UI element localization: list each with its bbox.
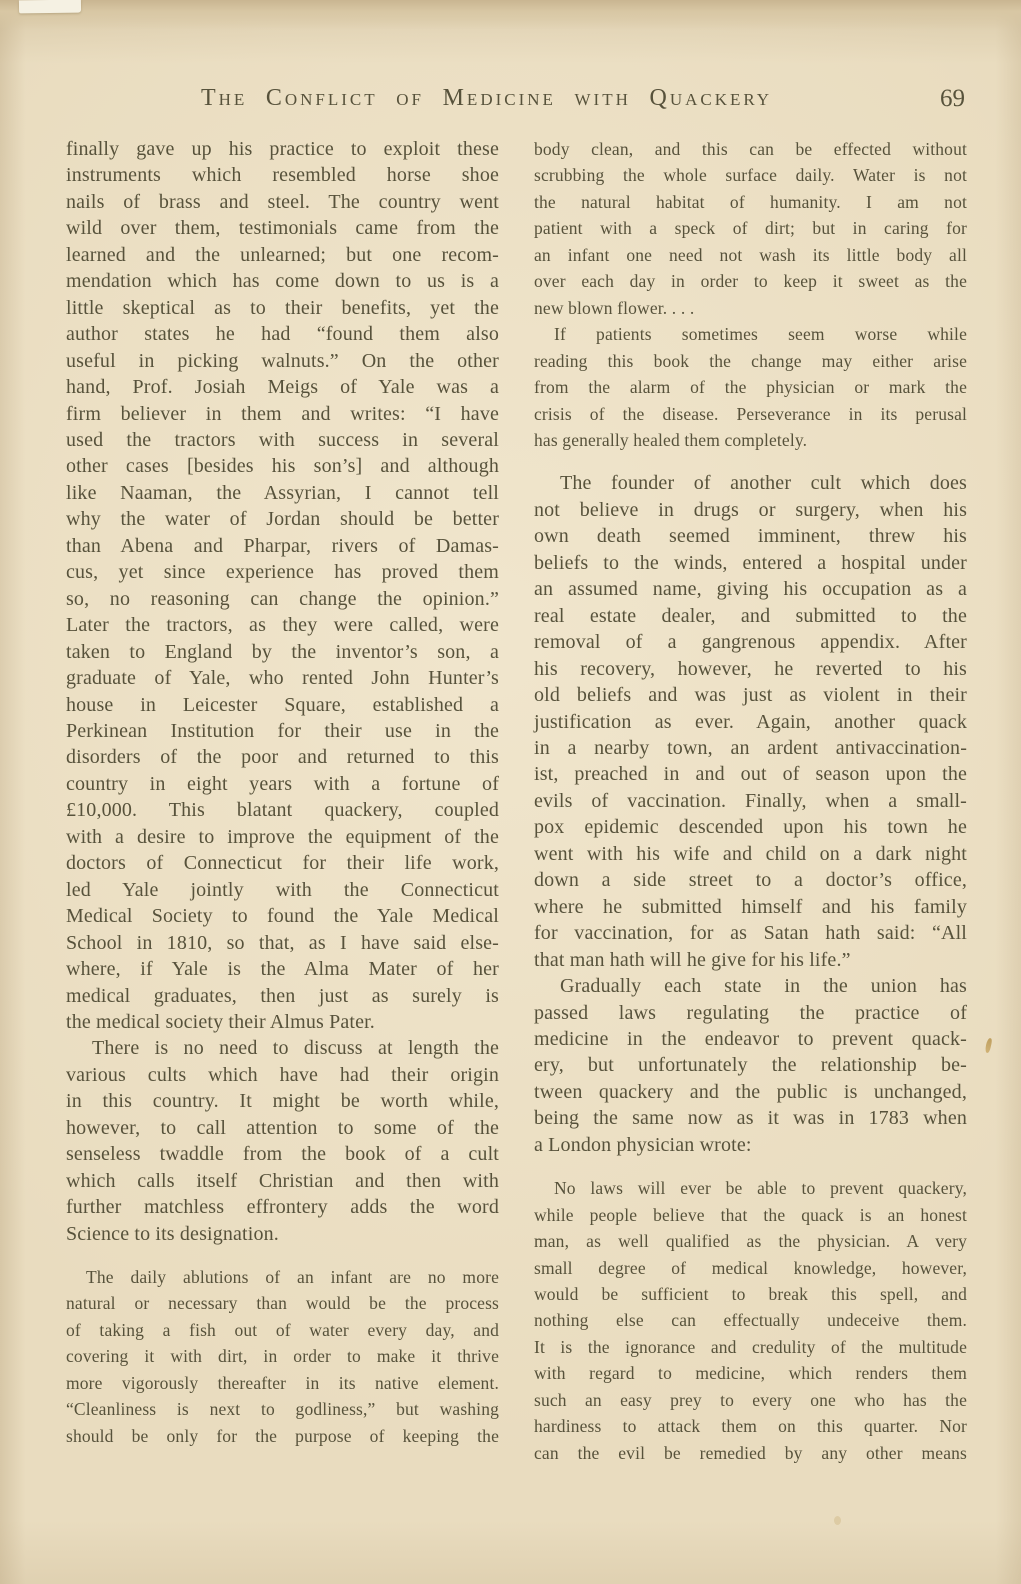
paragraph: There is no need to discuss at length th… [66,1035,499,1247]
text-line: taken to England by the inventor’s son, … [66,639,499,665]
text-line: than Abena and Pharpar, rivers of Damas- [66,533,499,559]
text-line: real estate dealer, and submitted to the [534,603,967,629]
ink-blemish [984,1038,992,1054]
column-right: body clean, and this can be effected wit… [534,136,967,1466]
text-line: from the alarm of the physician or mark … [534,374,967,400]
text-line: removal of a gangrenous appendix. After [534,629,967,655]
text-line: more vigorously thereafter in its native… [66,1370,499,1396]
text-line: like Naaman, the Assyrian, I cannot tell [66,480,499,506]
text-line: should be only for the purpose of keepin… [66,1423,499,1449]
page-number: 69 [940,84,965,114]
text-line: for vaccination, for as Satan hath said:… [534,920,967,946]
text-line: ist, preached in and out of season upon … [534,761,967,787]
paper-speck [834,1516,841,1525]
text-line: “Cleanliness is next to godliness,” but … [66,1396,499,1422]
text-line: with a desire to improve the equipment o… [66,824,499,850]
text-line: own death seemed imminent, threw his [534,523,967,549]
text-line: covering it with dirt, in order to make … [66,1343,499,1369]
text-line: with regard to medicine, which renders t… [534,1360,967,1386]
paragraph: No laws will ever be able to prevent qua… [534,1175,967,1466]
text-line: however, to call attention to some of th… [66,1115,499,1141]
text-line: so, no reasoning can change the opinion.… [66,586,499,612]
text-line: passed laws regulating the practice of [534,1000,967,1026]
text-line: man, as well qualified as the physician.… [534,1228,967,1254]
text-line: cus, yet since experience has proved the… [66,559,499,585]
text-line: where he submitted himself and his famil… [534,894,967,920]
text-line: hardiness to attack them on this quarter… [534,1413,967,1439]
text-line: instruments which resembled horse shoe [66,162,499,188]
page-top-edge-shadow [0,0,1021,30]
text-line: his recovery, however, he reverted to hi… [534,656,967,682]
text-line: medical graduates, then just as surely i… [66,983,499,1009]
text-line: doctors of Connecticut for their life wo… [66,850,499,876]
text-line: justification as ever. Again, another qu… [534,709,967,735]
paragraph: If patients sometimes seem worse whilere… [534,321,967,453]
paragraph: finally gave up his practice to exploit … [66,136,499,1035]
text-line: such an easy prey to every one who has t… [534,1387,967,1413]
text-line: down a side street to a doctor’s office, [534,867,967,893]
text-line: further matchless effrontery adds the wo… [66,1194,499,1220]
text-line: There is no need to discuss at length th… [66,1035,499,1061]
text-line: useful in picking walnuts.” On the other [66,348,499,374]
text-line: in a nearby town, an ardent antivaccinat… [534,735,967,761]
text-line: medicine in the endeavor to prevent quac… [534,1026,967,1052]
text-line: finally gave up his practice to exploit … [66,136,499,162]
text-line: reading this book the change may either … [534,348,967,374]
text-line: Later the tractors, as they were called,… [66,612,499,638]
text-line: pox epidemic descended upon his town he [534,814,967,840]
text-line: evils of vaccination. Finally, when a sm… [534,788,967,814]
text-line: beliefs to the winds, entered a hospital… [534,550,967,576]
text-line: nothing else can effectually undeceive t… [534,1307,967,1333]
text-line: small degree of medical knowledge, howev… [534,1255,967,1281]
text-line: mendation which has come down to us is a [66,268,499,294]
text-line: natural or necessary than would be the p… [66,1290,499,1316]
text-line: patient with a speck of dirt; but in car… [534,215,967,241]
text-line: Medical Society to found the Yale Medica… [66,903,499,929]
text-line: the natural habitat of humanity. I am no… [534,189,967,215]
paragraph: body clean, and this can be effected wit… [534,136,967,321]
text-line: body clean, and this can be effected wit… [534,136,967,162]
text-line: used the tractors with success in severa… [66,427,499,453]
text-line: other cases [besides his son’s] and alth… [66,453,499,479]
text-line: Gradually each state in the union has [534,973,967,999]
paragraph: The founder of another cult which doesno… [534,470,967,973]
text-line: the medical society their Almus Pater. [66,1009,499,1035]
text-line: little skeptical as to their benefits, y… [66,295,499,321]
text-line: country in eight years with a fortune of [66,771,499,797]
text-line: graduate of Yale, who rented John Hunter… [66,665,499,691]
text-line: of taking a fish out of water every day,… [66,1317,499,1343]
text-line: School in 1810, so that, as I have said … [66,930,499,956]
text-line: not believe in drugs or surgery, when hi… [534,497,967,523]
text-line: an infant one need not wash its little b… [534,242,967,268]
text-line: No laws will ever be able to prevent qua… [534,1175,967,1201]
text-line: wild over them, testimonials came from t… [66,215,499,241]
text-line: where, if Yale is the Alma Mater of her [66,956,499,982]
text-line: The daily ablutions of an infant are no … [66,1264,499,1290]
text-line: disorders of the poor and returned to th… [66,744,499,770]
text-line: new blown flower. . . . [534,295,967,321]
text-line: ery, but unfortunately the relationship … [534,1052,967,1078]
text-line: crisis of the disease. Perseverance in i… [534,401,967,427]
text-line: It is the ignorance and credulity of the… [534,1334,967,1360]
text-line: led Yale jointly with the Connecticut [66,877,499,903]
text-line: being the same now as it was in 1783 whe… [534,1105,967,1131]
text-line: has generally healed them completely. [534,427,967,453]
text-line: nails of brass and steel. The country we… [66,189,499,215]
paper-scrap [19,0,81,13]
text-columns: finally gave up his practice to exploit … [66,136,967,1466]
text-line: that man hath will he give for his life.… [534,947,967,973]
text-line: The founder of another cult which does [534,470,967,496]
text-line: why the water of Jordan should be better [66,506,499,532]
text-line: If patients sometimes seem worse while [534,321,967,347]
text-line: scrubbing the whole surface daily. Water… [534,162,967,188]
text-line: senseless twaddle from the book of a cul… [66,1141,499,1167]
text-line: which calls itself Christian and then wi… [66,1168,499,1194]
column-left: finally gave up his practice to exploit … [66,136,499,1449]
text-line: can the evil be remedied by any other me… [534,1440,967,1466]
text-line: while people believe that the quack is a… [534,1202,967,1228]
text-line: house in Leicester Square, established a [66,692,499,718]
text-line: an assumed name, giving his occupation a… [534,576,967,602]
paragraph: Gradually each state in the union haspas… [534,973,967,1158]
text-line: Science to its designation. [66,1221,499,1247]
text-line: over each day in order to keep it sweet … [534,268,967,294]
text-line: firm believer in them and writes: “I hav… [66,401,499,427]
paragraph: The daily ablutions of an infant are no … [66,1264,499,1449]
text-line: old beliefs and was just as violent in t… [534,682,967,708]
text-line: learned and the unlearned; but one recom… [66,242,499,268]
page-title: The Conflict of Medicine with Quackery [66,83,907,113]
text-line: £10,000. This blatant quackery, coupled [66,797,499,823]
book-page: The Conflict of Medicine with Quackery 6… [0,0,1021,1584]
text-line: a London physician wrote: [534,1132,967,1158]
text-line: went with his wife and child on a dark n… [534,841,967,867]
text-line: would be sufficient to break this spell,… [534,1281,967,1307]
text-line: Perkinean Institution for their use in t… [66,718,499,744]
text-line: hand, Prof. Josiah Meigs of Yale was a [66,374,499,400]
text-line: various cults which have had their origi… [66,1062,499,1088]
running-header: The Conflict of Medicine with Quackery 6… [66,83,967,117]
text-line: in this country. It might be worth while… [66,1088,499,1114]
text-line: tween quackery and the public is unchang… [534,1079,967,1105]
text-line: author states he had “found them also [66,321,499,347]
